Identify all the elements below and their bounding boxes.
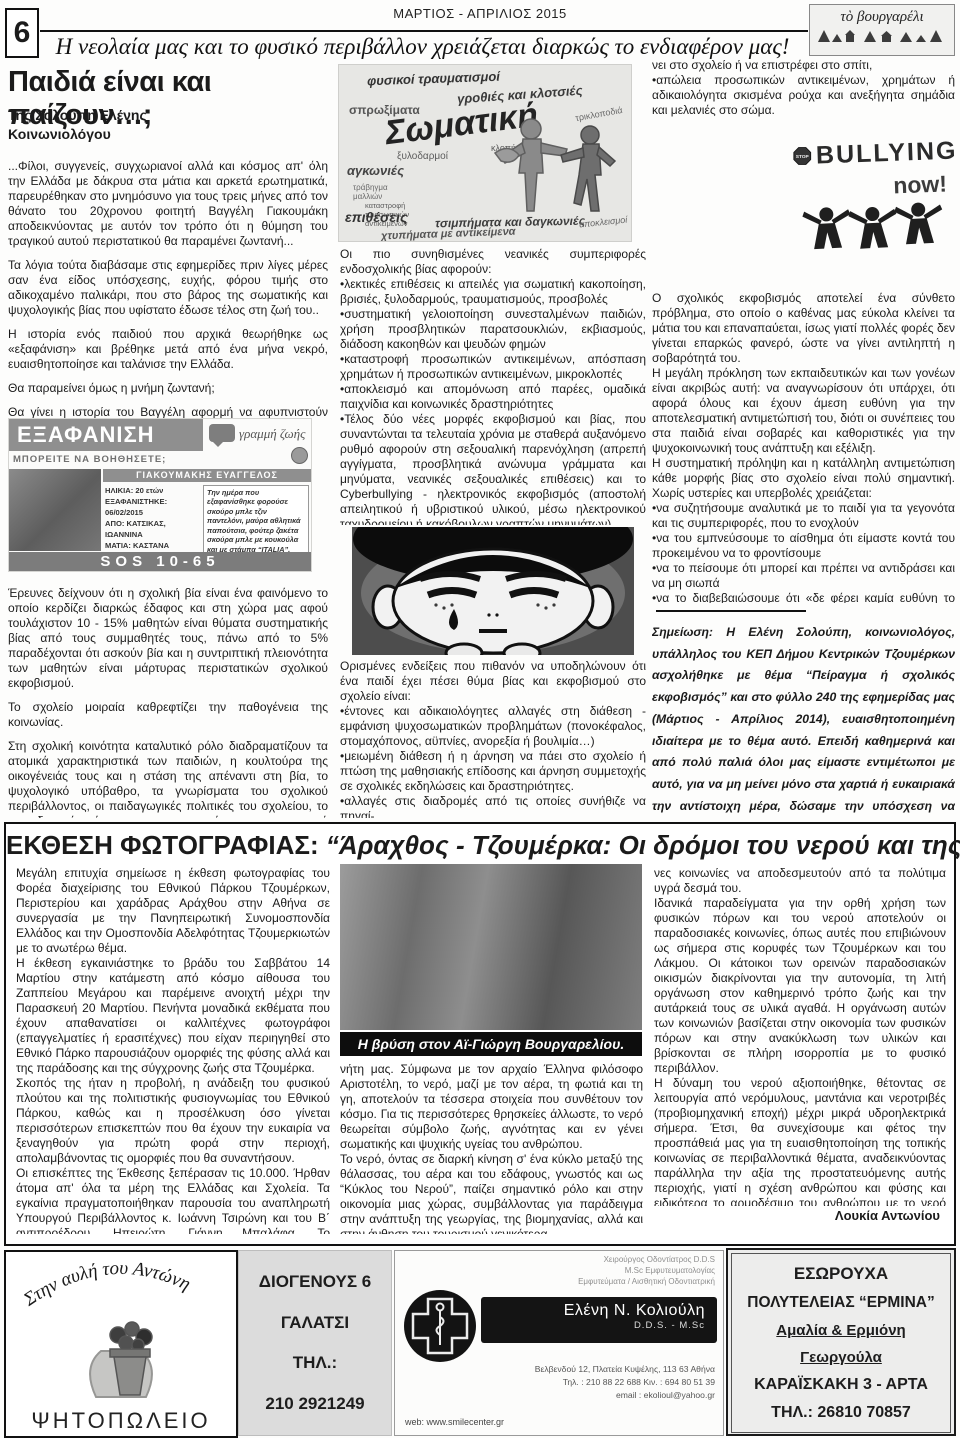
paragraph: Τα λόγια τούτα διαβάσαμε στις εφημερίδες…: [8, 258, 328, 318]
paragraph: Ιδανικά παραδείγματα για την ορθή χρήση …: [654, 896, 946, 1076]
paragraph: νήτη μας. Σύμφωνα με τον αρχαίο Έλληνα φ…: [340, 1062, 643, 1152]
column-middle-text-1: Οι πιο συνηθισμένες νεανικές συμπεριφορέ…: [340, 247, 646, 525]
somatiki-word: τράβηγμα μαλλιών: [353, 183, 415, 201]
bullet-item: •καταστροφή προσωπικών αντικειμένων, από…: [340, 352, 646, 382]
byline-name: Της Σολούπη Ελένης: [8, 106, 308, 125]
somatiki-word: χτυπήματα με αντικείμενα: [381, 226, 516, 242]
masthead-title: τὸ βουργαρέλι: [810, 9, 954, 26]
bullet-item: •αλλαγές στις διαδρομές από τις οποίες σ…: [340, 794, 646, 818]
lingerie-ad-inner: ΕΣΩΡΟΥΧΑ ΠΟΛΥΤΕΛΕΙΑΣ “ΕΡΜΙΝΑ” Αμαλία & Ε…: [731, 1253, 951, 1433]
column-right-top-text: νει στο σχολείο ή να επιστρέφει στο σπίτ…: [652, 58, 955, 130]
dentist-credentials: D.D.S. - M.Sc: [481, 1320, 705, 1331]
paragraph: •απώλεια προσωπικών αντικειμένων, χρημάτ…: [652, 73, 955, 118]
ad-line: ΤΗΛ.:: [239, 1353, 391, 1373]
fighting-kids-icon: [489, 113, 619, 218]
page-motto: Η νεολαία μας και το φυσικό περιβάλλον χ…: [35, 34, 810, 60]
missing-person-photo: [9, 469, 101, 551]
flower-pot-icon: [66, 1319, 176, 1401]
page-number: 6: [5, 8, 39, 58]
ad-line: Αμαλία & Ερμιόνη: [732, 1322, 950, 1339]
exhibition-heading-label: ΕΚΘΕΣΗ ΦΩΤΟΓΡΑΦΙΑΣ:: [6, 830, 319, 860]
dentist-ad: Χειρούργος Οδοντίατρος D.D.S M.Sc Εμφυτε…: [394, 1250, 724, 1436]
header-divider: [40, 30, 808, 32]
hotline-bubble-icon: [209, 424, 235, 442]
paper-doll-chain-icon: [793, 200, 953, 252]
ad-line: ΓΑΛΑΤΣΙ: [239, 1313, 391, 1333]
paragraph: Οι πιο συνηθισμένες νεανικές συμπεριφορέ…: [340, 247, 646, 277]
bullet-item: •να το διαβεβαιώσουμε ότι «δε φέρει καμί…: [652, 591, 955, 603]
column-right-text: Ο σχολικός εκφοβισμός αποτελεί ένα σύνθε…: [652, 291, 955, 603]
paragraph: Το νερό, όντας σε διαρκή κίνηση σ' ένα κ…: [340, 1152, 643, 1234]
now-word: now!: [793, 170, 958, 203]
photo-caption: Η βρύση στον Αϊ-Γιώργη Βουργαρελίου.: [340, 1032, 642, 1056]
dentist-address: Βελβενδού 12, Πλατεία Κυψέλης, 113 63 Αθ…: [535, 1363, 715, 1376]
ad-line: ΔΙΟΓΕΝΟΥΣ 6: [239, 1272, 391, 1292]
stop-octagon-icon: STOP: [793, 133, 812, 179]
police-emblem-icon: [291, 447, 308, 464]
poster-subtitle: ΜΠΟΡΕΙΤΕ ΝΑ ΒΟΗΘΗΣΕΤΕ;: [13, 454, 166, 465]
paragraph: Στη σχολική κοινότητα καταλυτικό ρόλο δι…: [8, 739, 328, 818]
medical-cross-icon: [401, 1287, 479, 1365]
photo-exhibition-section: ΕΚΘΕΣΗ ΦΩΤΟΓΡΑΦΙΑΣ: “Άραχθος - Τζουμέρκα…: [4, 822, 956, 1246]
dentist-specialties: Χειρούργος Οδοντίατρος D.D.S M.Sc Εμφυτε…: [578, 1255, 715, 1287]
somatiki-word: φυσικοί τραυματισμοί: [367, 69, 500, 89]
exhibition-column-1: Μεγάλη επιτυχία σημείωσε η έκθεση φωτογρ…: [16, 866, 330, 1234]
bullet-item: •αποκλεισμό και απομόνωση από παρέες, ομ…: [340, 382, 646, 412]
bullet-item: •να συζητήσουμε αναλυτικά με το παιδί γι…: [652, 501, 955, 531]
paragraph: Η μεγάλη πρόκληση των εκπαιδευτικών και …: [652, 366, 955, 456]
dentist-contact: Βελβενδού 12, Πλατεία Κυψέλης, 113 63 Αθ…: [535, 1363, 715, 1402]
note-divider: [656, 610, 806, 612]
paragraph: Η έκθεση εγκαινιάστηκε το βράδυ του Σαββ…: [16, 956, 330, 1076]
ad-line: Γεωργούλα: [732, 1349, 950, 1366]
paragraph: Ορισμένες ενδείξεις που πιθανόν να υποδη…: [340, 659, 646, 704]
stop-word: STOP: [796, 154, 810, 160]
paragraph: Η ιστορία ενός παιδιού που αρχικά θεωρήθ…: [8, 327, 328, 372]
grill-house-ad: Στην αυλή του Αντώνη ΨΗΤΟΠΩΛΕΙΟ: [4, 1250, 238, 1438]
bullet-item: •έντονες και αδικαιολόγητες αλλαγές στη …: [340, 704, 646, 749]
missing-person-poster: ΕΞΑΦΑΝΙΣΗ γραμμή ζωής ΜΠΟΡΕΙΤΕ ΝΑ ΒΟΗΘΗΣ…: [8, 418, 312, 572]
article-byline: Της Σολούπη Ελένης Κοινωνιολόγου: [8, 106, 308, 144]
clothing-description: Την ημέρα που εξαφανίσθηκε φορούσε σκούρ…: [207, 488, 305, 554]
physical-bullying-illustration: φυσικοί τραυματισμοί γροθιές και κλοτσιέ…: [338, 64, 632, 242]
somatiki-word: αγκωνιές: [347, 163, 404, 178]
specialty-line: M.Sc Εμφυτευματολογίας: [578, 1266, 715, 1277]
bullet-item: •λεκτικές επιθέσεις κι απειλές για σωματ…: [340, 277, 646, 307]
bullying-word: BULLYING: [815, 137, 957, 171]
somatiki-word: επιθέσεις: [345, 209, 407, 225]
dentist-email: email : ekolioul@yahoo.gr: [535, 1389, 715, 1402]
stop-bullying-sign: STOP BULLYING now!: [793, 133, 957, 273]
poster-title: ΕΞΑΦΑΝΙΣΗ: [9, 419, 203, 451]
paragraph: νες κοινωνίες να αποδεσμευτούν από τα πο…: [654, 866, 946, 896]
grill-ad-name: Στην αυλή του Αντώνη: [19, 1258, 193, 1311]
bullet-item: •να το πείσουμε ότι μπορεί και πρέπει να…: [652, 561, 955, 591]
crying-child-cartoon: [352, 527, 634, 655]
newspaper-page: ΜΑΡΤΙΟΣ - ΑΠΡΙΛΙΟΣ 2015 6 τὸ βουργαρέλι …: [0, 0, 960, 1438]
sos-hotline-number: SOS 10-65: [9, 552, 311, 571]
bullet-item: •μειωμένη διάθεση ή η άρνηση να πάει στο…: [340, 749, 646, 794]
lingerie-ad: ΕΣΩΡΟΥΧΑ ΠΟΛΥΤΕΛΕΙΑΣ “ΕΡΜΙΝΑ” Αμαλία & Ε…: [726, 1248, 956, 1436]
exhibition-heading: ΕΚΘΕΣΗ ΦΩΤΟΓΡΑΦΙΑΣ: “Άραχθος - Τζουμέρκα…: [6, 830, 954, 861]
bullet-item: •να του εμπνεύσουμε το αίσθημα ότι είμασ…: [652, 531, 955, 561]
column-left-text-2: Έρευνες δείχνουν ότι η σχολική βία είναι…: [8, 586, 328, 818]
dentist-phones: Τηλ. : 210 88 22 688 Κιν. : 694 80 51 39: [535, 1376, 715, 1389]
column-left-text-1: ...Φίλοι, συγγενείς, συγχωριανοί αλλά κα…: [8, 159, 328, 419]
paragraph: Η δύναμη του νερού αξιοποιήθηκε, θέτοντα…: [654, 1076, 946, 1206]
paragraph: Σκοπός της ήταν η προβολή, η ανάδειξη το…: [16, 1076, 330, 1166]
dentist-name: Ελένη Ν. Κολιούλη: [481, 1302, 705, 1320]
exhibition-heading-title: “Άραχθος - Τζουμέρκα: Οι δρόμοι του νερο…: [326, 830, 960, 860]
paragraph: Ο σχολικός εκφοβισμός αποτελεί ένα σύνθε…: [652, 291, 955, 366]
missing-person-name: ΓΙΑΚΟΥΜΑΚΗΣ ΕΥΑΓΓΕΛΟΣ: [103, 469, 311, 482]
ad-line: ΠΟΛΥΤΕΛΕΙΑΣ “ΕΡΜΙΝΑ”: [732, 1294, 950, 1312]
bullet-item: •Τέλος δύο νέες μορφές εκφοβισμού και βί…: [340, 412, 646, 525]
somatiki-word: ξυλοδαρμοί: [397, 151, 448, 162]
paragraph: Το σχολείο μοιραία καθρεφτίζει την παθογ…: [8, 700, 328, 730]
dentist-name-band: Ελένη Ν. Κολιούλη D.D.S. - M.Sc: [481, 1297, 717, 1343]
ad-line: ΕΣΩΡΟΥΧΑ: [732, 1264, 950, 1284]
ad-line: ΤΗΛ.: 26810 70857: [732, 1404, 950, 1422]
paragraph: ...Φίλοι, συγγενείς, συγχωριανοί αλλά κα…: [8, 159, 328, 249]
fountain-photo: [340, 864, 642, 1030]
village-silhouette-icon: [812, 26, 952, 42]
paragraph: Μεγάλη επιτυχία σημείωσε η έκθεση φωτογρ…: [16, 866, 330, 956]
paragraph: Οι επισκέπτες της Έκθεσης ξεπέρασαν τις …: [16, 1166, 330, 1234]
detail-field: ΗΛΙΚΙΑ: 20 ετών: [105, 485, 199, 496]
specialty-line: Χειρούργος Οδοντίατρος D.D.S: [578, 1255, 715, 1266]
paragraph: νει στο σχολείο ή να επιστρέφει στο σπίτ…: [652, 58, 955, 73]
clothing-description-box: Την ημέρα που εξαφανίσθηκε φορούσε σκούρ…: [203, 485, 309, 555]
diogenous-ad: ΔΙΟΓΕΝΟΥΣ 6 ΓΑΛΑΤΣΙ ΤΗΛ.: 210 2921249: [238, 1250, 392, 1436]
detail-field: ΕΞΑΦΑΝΙΣΤΗΚΕ: 06/02/2015: [105, 496, 199, 518]
dentist-website: web: www.smilecenter.gr: [405, 1417, 504, 1427]
svg-text:Στην αυλή του Αντώνη: Στην αυλή του Αντώνη: [19, 1258, 193, 1311]
paragraph: Έρευνες δείχνουν ότι η σχολική βία είναι…: [8, 586, 328, 691]
hotline-logo: γραμμή ζωής: [239, 426, 305, 442]
column-middle-text-2: Ορισμένες ενδείξεις που πιθανόν να υποδη…: [340, 659, 646, 818]
detail-field: ΜΑΤΙΑ: ΚΑΣΤΑΝΑ: [105, 540, 199, 551]
editorial-note: Σημείωση: Η Ελένη Σολούπη, κοινωνιολόγος…: [652, 622, 955, 818]
paragraph: Η συστηματική πρόληψη και η κατάλληλη αν…: [652, 456, 955, 501]
ad-line: ΚΑΡΑΪΣΚΑΚΗ 3 - ΑΡΤΑ: [732, 1376, 950, 1394]
grill-ad-arc-text: Στην αυλή του Αντώνη: [10, 1252, 232, 1314]
exhibition-column-2: νήτη μας. Σύμφωνα με τον αρχαίο Έλληνα φ…: [340, 1062, 643, 1234]
byline-role: Κοινωνιολόγου: [8, 125, 308, 144]
detail-field: ΑΠΟ: ΚΑΤΣΙΚΑΣ, ΙΩΑΝΝΙΝΑ: [105, 518, 199, 540]
exhibition-column-3: νες κοινωνίες να αποδεσμευτούν από τα πο…: [654, 866, 946, 1206]
ad-line: 210 2921249: [239, 1394, 391, 1414]
paragraph: Θα γίνει η ιστορία του Βαγγέλη αφορμή να…: [8, 405, 328, 419]
author-signature: Λουκία Αντωνίου: [835, 1208, 940, 1223]
specialty-line: Εμφυτεύματα / Αισθητική Οδοντιατρική: [578, 1277, 715, 1288]
paragraph: Θα παραμείνει όμως η μνήμη ζωντανή;: [8, 381, 328, 396]
masthead-logo: τὸ βουργαρέλι: [809, 4, 955, 56]
grill-ad-label: ΨΗΤΟΠΩΛΕΙΟ: [6, 1408, 236, 1434]
bullet-item: •συστηματική γελοιοποίηση συνεσταλμένων …: [340, 307, 646, 352]
